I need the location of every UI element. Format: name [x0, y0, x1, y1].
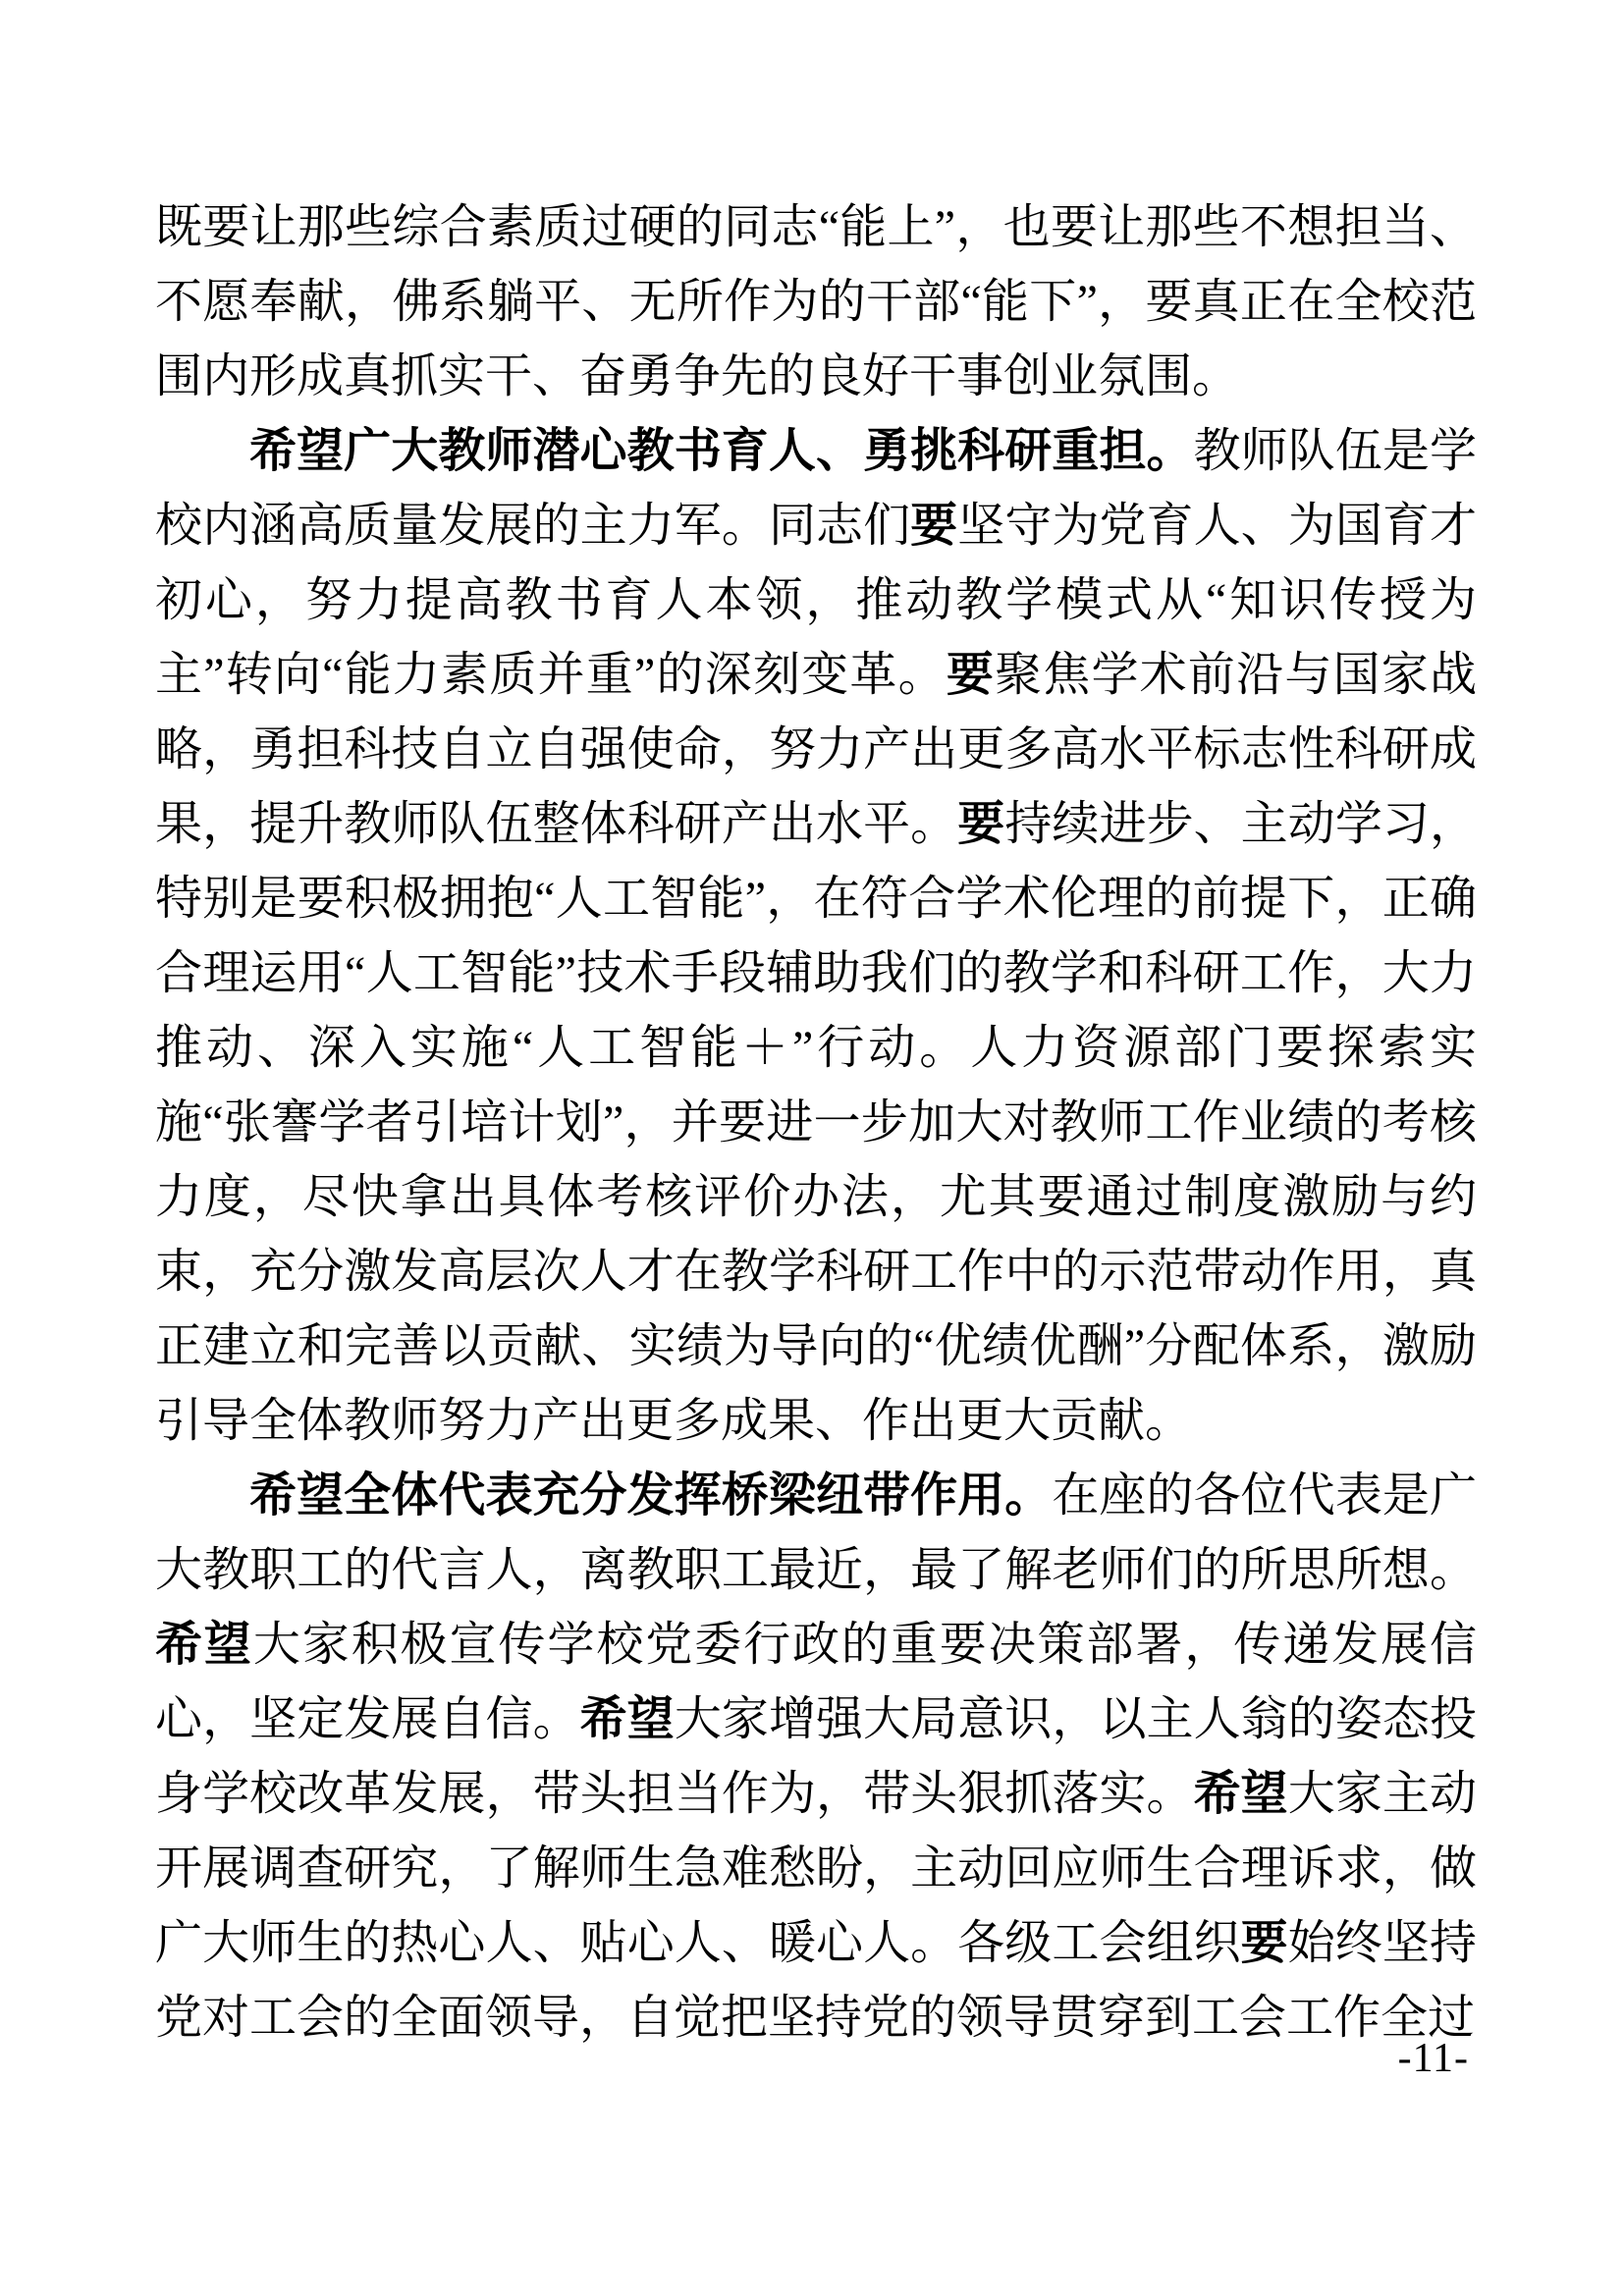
paragraph: 既要让那些综合素质过硬的同志“能上”，也要让那些不想担当、不愿奉献，佛系躺平、无…	[155, 190, 1477, 414]
paragraph: 希望全体代表充分发挥桥梁纽带作用。在座的各位代表是广大教职工的代言人，离教职工最…	[155, 1459, 1477, 2056]
emphasis-text: 希望	[580, 1693, 675, 1745]
emphasis-text: 要	[957, 798, 1004, 850]
emphasis-text: 希望	[1194, 1768, 1288, 1820]
emphasis-text: 要	[910, 500, 957, 552]
page: 既要让那些综合素质过硬的同志“能上”，也要让那些不想担当、不愿奉献，佛系躺平、无…	[0, 0, 1624, 2296]
emphasis-text: 要	[1241, 1917, 1288, 1969]
emphasis-text: 希望	[155, 1619, 253, 1671]
emphasis-text: 要	[947, 649, 995, 701]
body-text: 持续进步、主动学习，特别是要积极拥抱“人工智能”，在符合学术伦理的前提下，正确合…	[155, 798, 1477, 1447]
emphasis-text: 希望广大教师潜心教书育人、勇挑科研重担。	[249, 425, 1194, 477]
paragraph: 希望广大教师潜心教书育人、勇挑科研重担。教师队伍是学校内涵高质量发展的主力军。同…	[155, 414, 1477, 1459]
document-body: 既要让那些综合素质过硬的同志“能上”，也要让那些不想担当、不愿奉献，佛系躺平、无…	[155, 190, 1477, 2056]
body-text: 既要让那些综合素质过硬的同志“能上”，也要让那些不想担当、不愿奉献，佛系躺平、无…	[155, 201, 1477, 402]
emphasis-text: 希望全体代表充分发挥桥梁纽带作用。	[249, 1469, 1052, 1522]
page-number: -11-	[1398, 2034, 1469, 2083]
